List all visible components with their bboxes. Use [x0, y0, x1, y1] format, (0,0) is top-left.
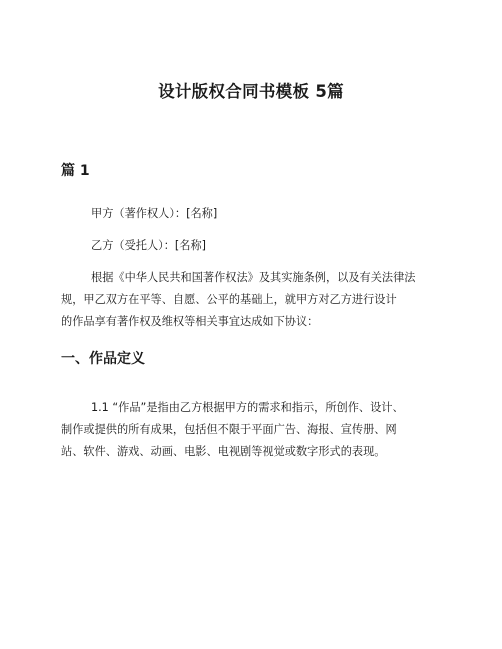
party-b-line: 乙方（受托人）：[名称] — [61, 235, 446, 257]
preamble-line: 根据《中华人民共和国著作权法》及其实施条例，以及有关法律法 — [61, 267, 446, 289]
clause-heading: 一、作品定义 — [61, 348, 145, 368]
section-heading: 篇 1 — [61, 160, 90, 180]
clause-1-1-paragraph: 1.1 “作品”是指由乙方根据甲方的需求和指示，所创作、设计、 制作或提供的所有… — [61, 397, 446, 463]
preamble-line: 的作品享有著作权及维权等相关事宜达成如下协议： — [61, 311, 446, 333]
clause-line: 制作或提供的所有成果，包括但不限于平面广告、海报、宣传册、网 — [61, 419, 446, 441]
clause-line: 1.1 “作品”是指由乙方根据甲方的需求和指示，所创作、设计、 — [61, 397, 446, 419]
document-title: 设计版权合同书模板 5篇 — [0, 78, 502, 102]
party-a-line: 甲方（著作权人）：[名称] — [61, 203, 446, 225]
preamble-line: 规，甲乙双方在平等、自愿、公平的基础上，就甲方对乙方进行设计 — [61, 289, 446, 311]
clause-line: 站、软件、游戏、动画、电影、电视剧等视觉或数字形式的表现。 — [61, 441, 446, 463]
preamble-paragraph: 根据《中华人民共和国著作权法》及其实施条例，以及有关法律法 规，甲乙双方在平等、… — [61, 267, 446, 333]
